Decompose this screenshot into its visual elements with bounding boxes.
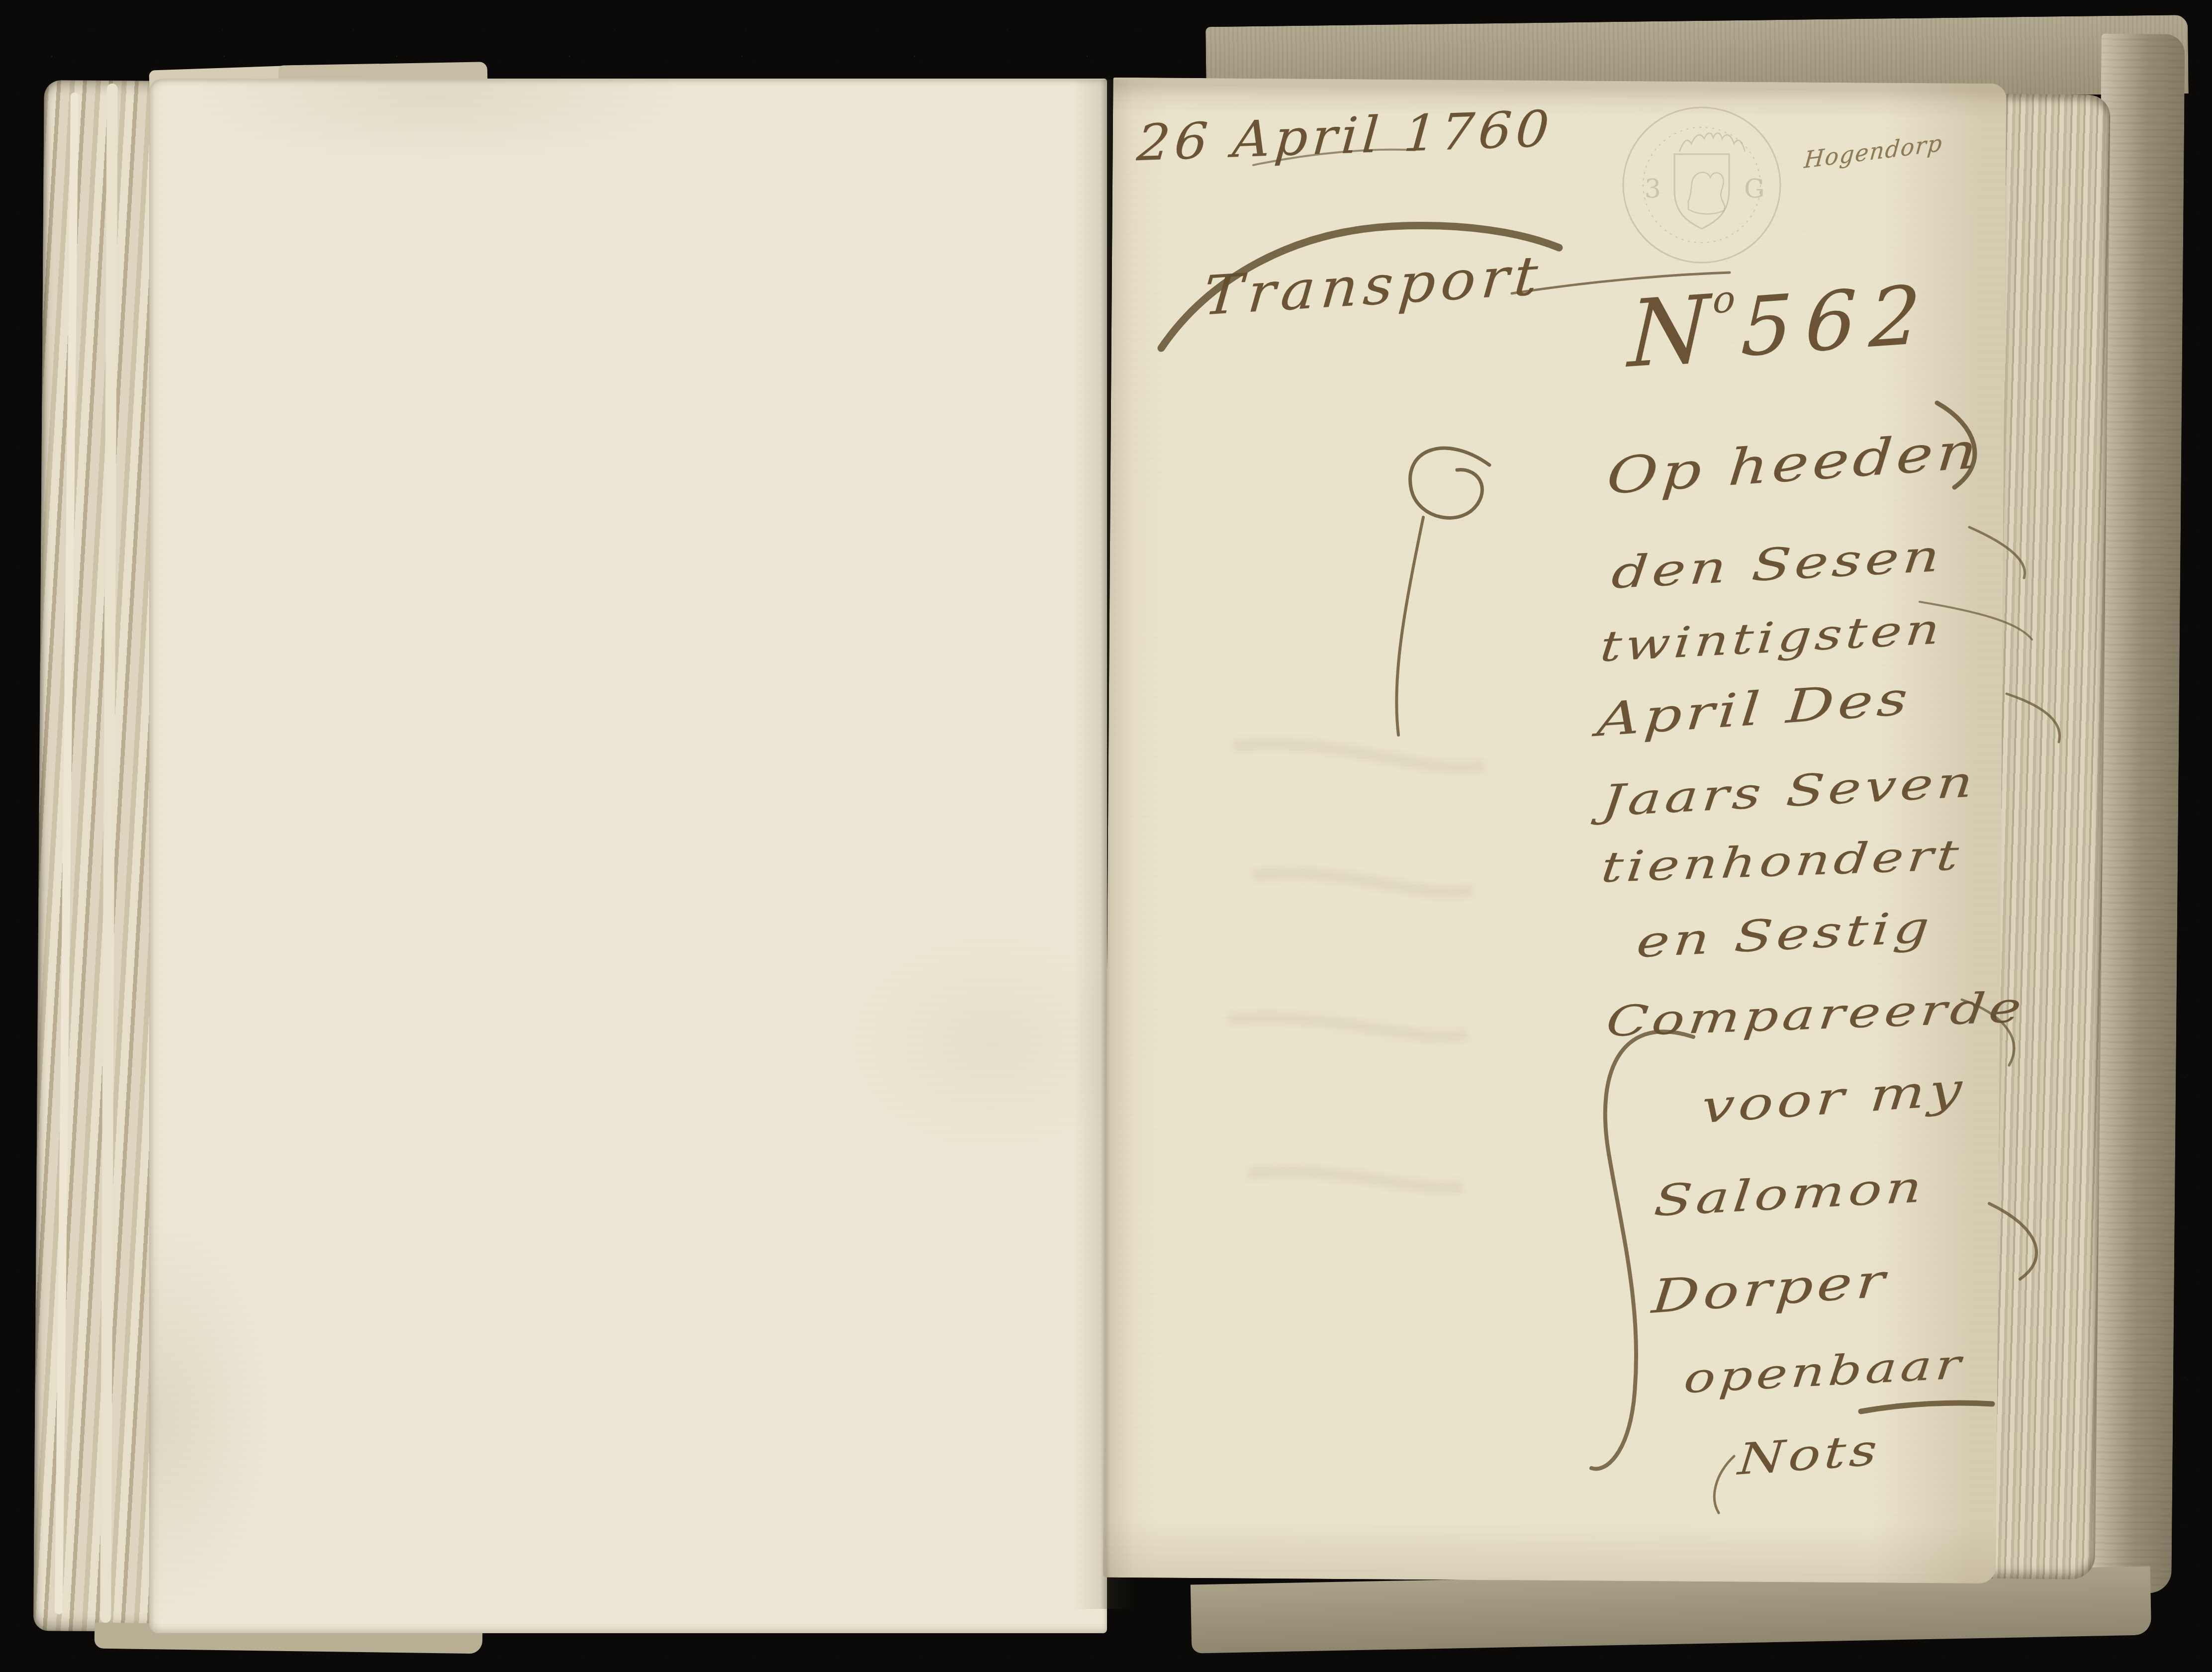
embossed-seal-icon: 3 G — [1619, 102, 1785, 269]
manuscript-line: tienhondert — [1599, 834, 1964, 889]
act-number-prefix: N — [1627, 275, 1711, 388]
act-number-value: 562 — [1740, 268, 1935, 375]
act-number-ordinal: o — [1712, 277, 1736, 322]
left-page-blank — [149, 79, 1107, 1633]
right-fore-edge-stack — [1987, 94, 2110, 1579]
seal-left-char: 3 — [1645, 174, 1661, 204]
act-number: No562 — [1627, 267, 1935, 381]
manuscript-line: Nots — [1737, 1428, 1882, 1482]
archival-photo-canvas: 3 G 26 April 1760 Hogendorp Transport No… — [0, 0, 2212, 1672]
date-annotation: 26 April 1760 — [1135, 104, 1555, 169]
seal-right-char: G — [1744, 174, 1765, 204]
gutter-shadow — [1073, 80, 1134, 1609]
